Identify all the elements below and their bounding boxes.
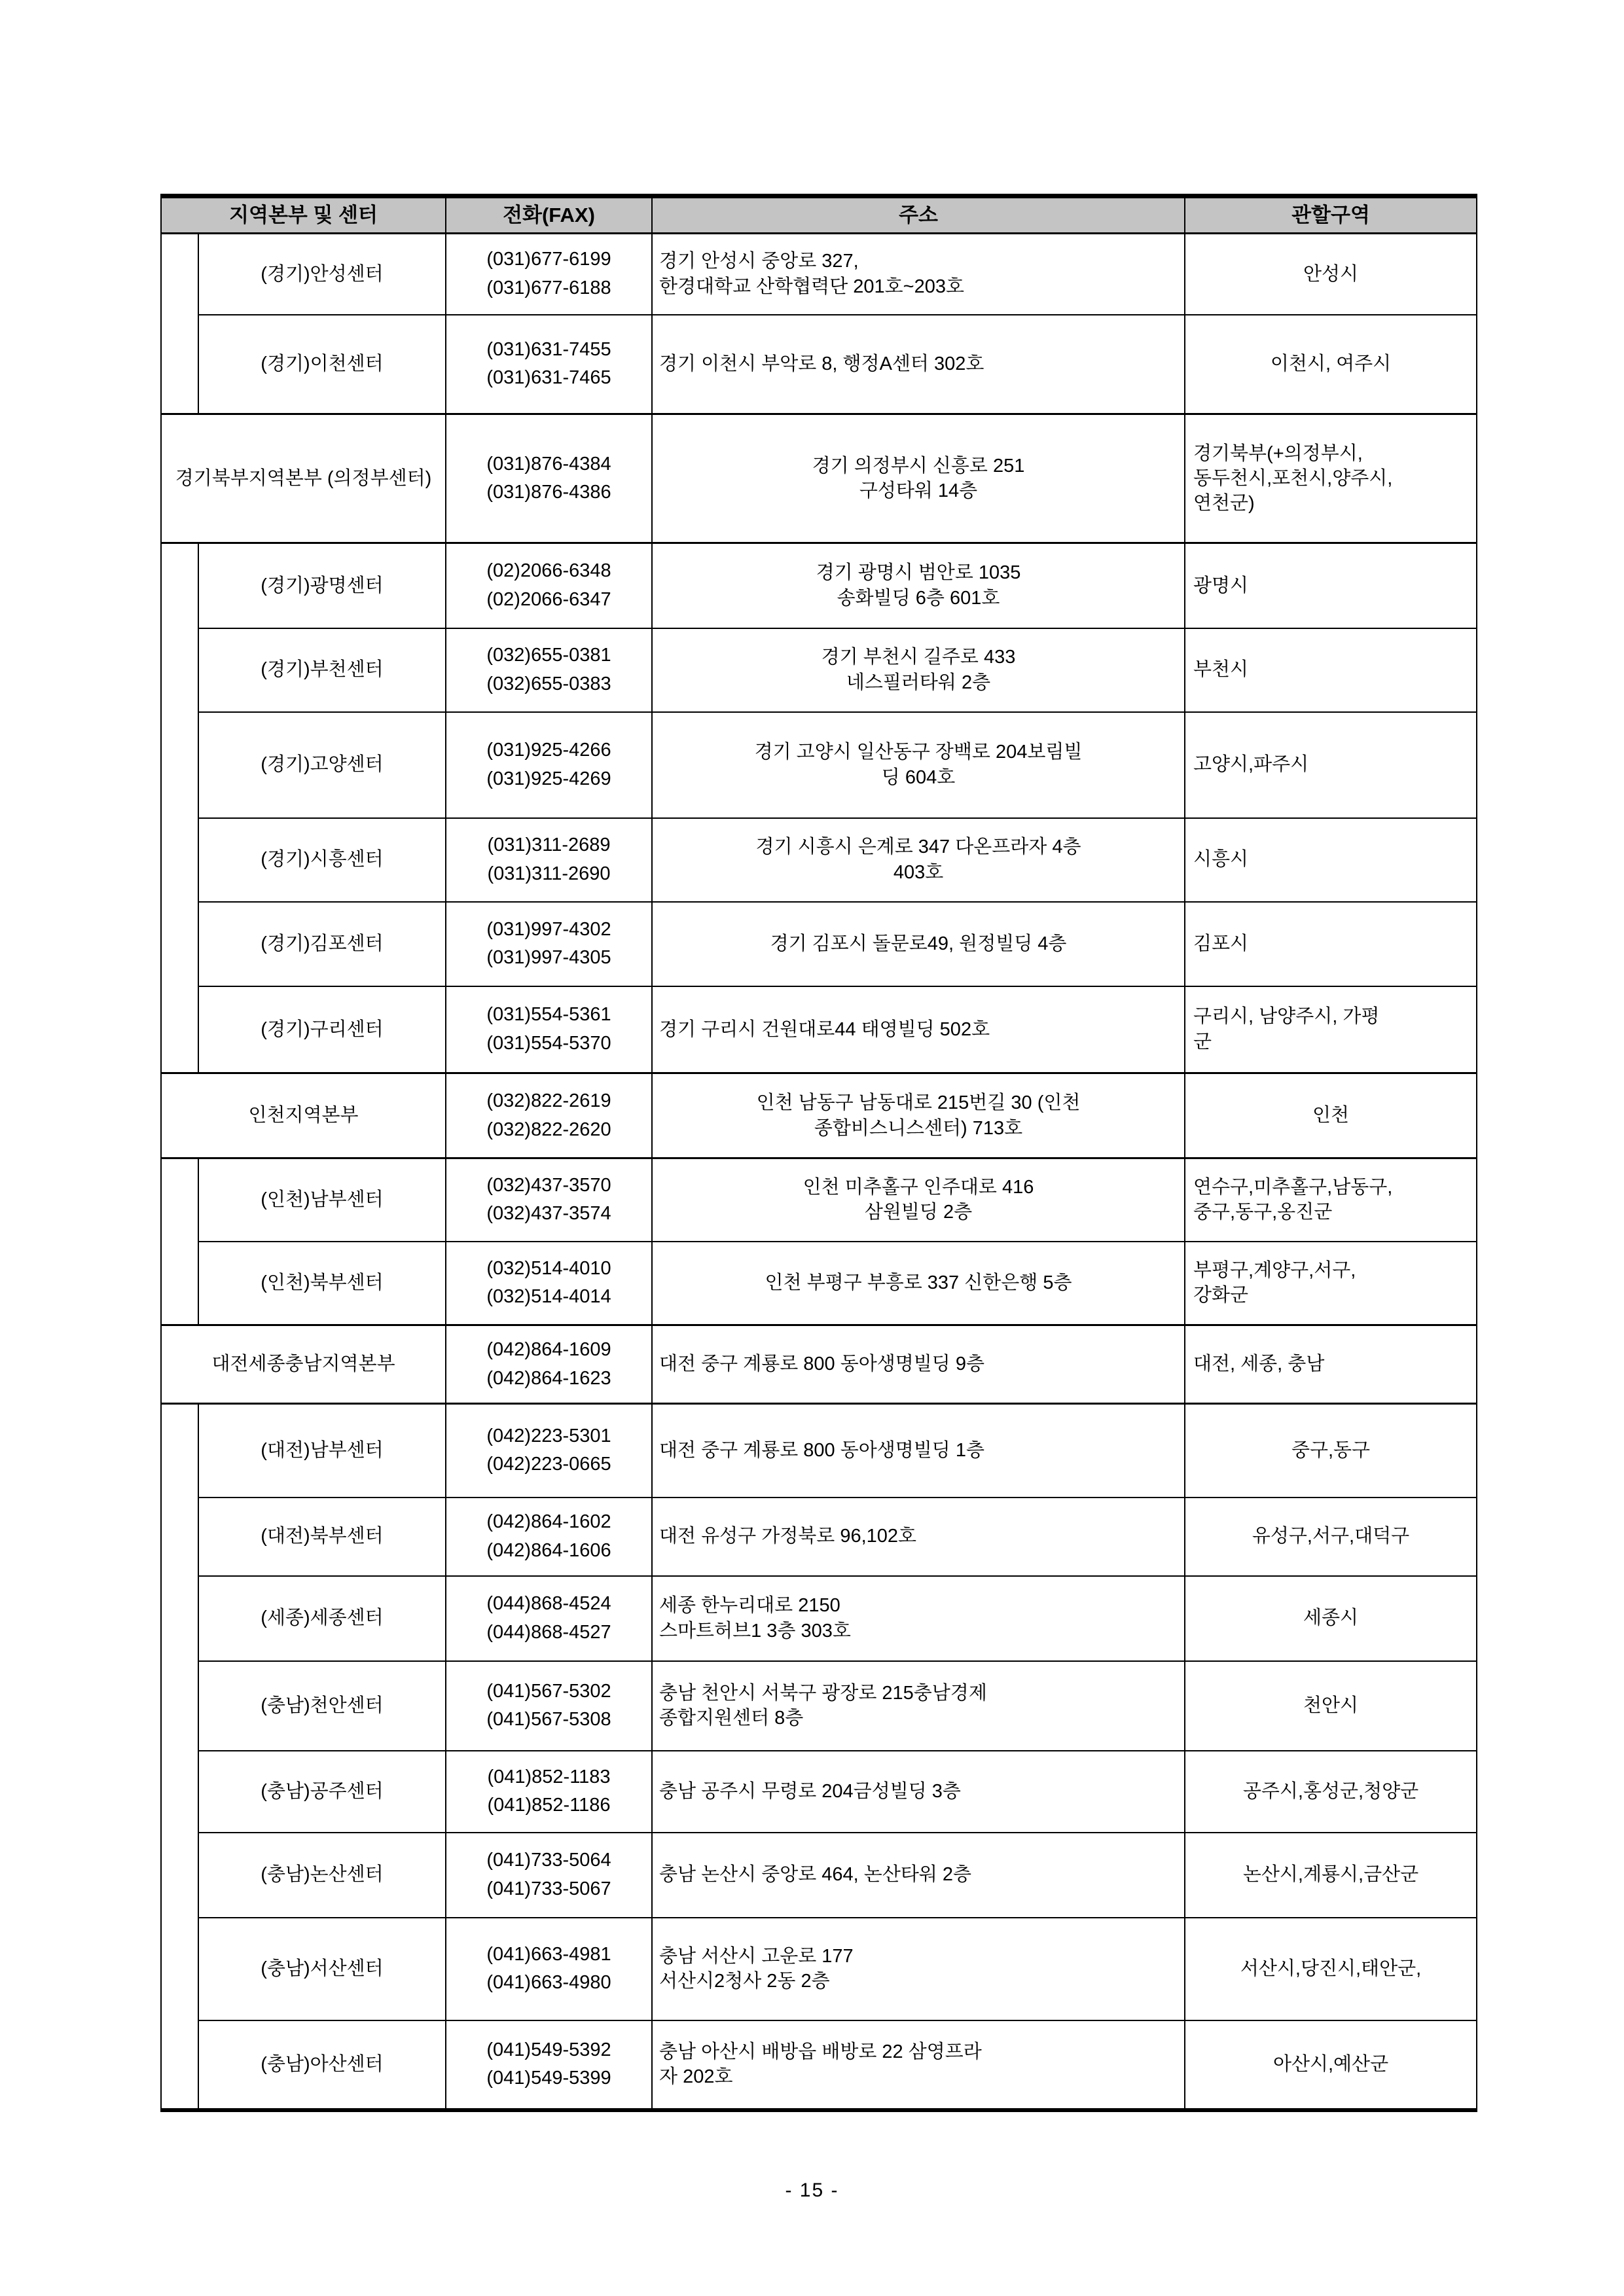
header-phone-column: 전화(FAX): [446, 196, 652, 234]
phone-fax-cell: (031)311-2689 (031)311-2690: [446, 818, 652, 902]
table-row: (대전)북부센터(042)864-1602 (042)864-1606대전 유성…: [161, 1498, 1477, 1576]
center-name-cell: (충남)아산센터: [198, 2020, 446, 2110]
jurisdiction-cell: 논산시,계룡시,금산군: [1185, 1833, 1477, 1918]
jurisdiction-cell: 아산시,예산군: [1185, 2020, 1477, 2110]
table-row: (경기)구리센터(031)554-5361 (031)554-5370경기 구리…: [161, 986, 1477, 1073]
address-cell: 경기 이천시 부악로 8, 행정A센터 302호: [652, 315, 1185, 414]
table-row: 인천지역본부(032)822-2619 (032)822-2620인천 남동구 …: [161, 1073, 1477, 1158]
jurisdiction-cell: 광명시: [1185, 543, 1477, 628]
jurisdiction-cell: 부평구,계양구,서구, 강화군: [1185, 1242, 1477, 1325]
header-row: 지역본부 및 센터 전화(FAX) 주소 관할구역: [161, 196, 1477, 234]
center-name-cell: (세종)세종센터: [198, 1576, 446, 1661]
jurisdiction-cell: 서산시,당진시,태안군,: [1185, 1918, 1477, 2020]
jurisdiction-cell: 이천시, 여주시: [1185, 315, 1477, 414]
table-row: (경기)광명센터(02)2066-6348 (02)2066-6347경기 광명…: [161, 543, 1477, 628]
table-row: (경기)안성센터(031)677-6199 (031)677-6188경기 안성…: [161, 234, 1477, 315]
hq-name-cell: 인천지역본부: [161, 1073, 446, 1158]
hq-name-cell: 경기북부지역본부 (의정부센터): [161, 414, 446, 543]
header-center-column: 지역본부 및 센터: [161, 196, 446, 234]
phone-fax-cell: (031)925-4266 (031)925-4269: [446, 712, 652, 818]
jurisdiction-cell: 시흥시: [1185, 818, 1477, 902]
center-name-cell: (인천)남부센터: [198, 1158, 446, 1242]
jurisdiction-cell: 세종시: [1185, 1576, 1477, 1661]
indent-strip: [161, 234, 198, 414]
jurisdiction-cell: 경기북부(+의정부시, 동두천시,포천시,양주시, 연천군): [1185, 414, 1477, 543]
center-name-cell: (경기)고양센터: [198, 712, 446, 818]
header-address-column: 주소: [652, 196, 1185, 234]
regional-office-table: 지역본부 및 센터 전화(FAX) 주소 관할구역 (경기)안성센터(031)6…: [160, 194, 1477, 2112]
address-cell: 경기 구리시 건원대로44 태영빌딩 502호: [652, 986, 1185, 1073]
address-cell: 인천 남동구 남동대로 215번길 30 (인천 종합비스니스센터) 713호: [652, 1073, 1185, 1158]
table-row: (충남)공주센터(041)852-1183 (041)852-1186충남 공주…: [161, 1751, 1477, 1833]
phone-fax-cell: (032)655-0381 (032)655-0383: [446, 628, 652, 712]
center-name-cell: (충남)논산센터: [198, 1833, 446, 1918]
address-cell: 충남 공주시 무령로 204금성빌딩 3층: [652, 1751, 1185, 1833]
phone-fax-cell: (041)852-1183 (041)852-1186: [446, 1751, 652, 1833]
center-name-cell: (대전)북부센터: [198, 1498, 446, 1576]
hq-name-cell: 대전세종충남지역본부: [161, 1325, 446, 1404]
table-row: (충남)논산센터(041)733-5064 (041)733-5067충남 논산…: [161, 1833, 1477, 1918]
jurisdiction-cell: 고양시,파주시: [1185, 712, 1477, 818]
phone-fax-cell: (041)663-4981 (041)663-4980: [446, 1918, 652, 2020]
phone-fax-cell: (042)223-5301 (042)223-0665: [446, 1404, 652, 1498]
phone-fax-cell: (042)864-1602 (042)864-1606: [446, 1498, 652, 1576]
regional-office-table-wrap: 지역본부 및 센터 전화(FAX) 주소 관할구역 (경기)안성센터(031)6…: [160, 194, 1476, 2112]
phone-fax-cell: (02)2066-6348 (02)2066-6347: [446, 543, 652, 628]
address-cell: 경기 시흥시 은계로 347 다온프라자 4층 403호: [652, 818, 1185, 902]
address-cell: 경기 의정부시 신흥로 251 구성타워 14층: [652, 414, 1185, 543]
phone-fax-cell: (044)868-4524 (044)868-4527: [446, 1576, 652, 1661]
indent-strip: [161, 1404, 198, 2110]
address-cell: 세종 한누리대로 2150 스마트허브1 3층 303호: [652, 1576, 1185, 1661]
table-row: (경기)이천센터(031)631-7455 (031)631-7465경기 이천…: [161, 315, 1477, 414]
jurisdiction-cell: 대전, 세종, 충남: [1185, 1325, 1477, 1404]
table-row: (인천)북부센터(032)514-4010 (032)514-4014인천 부평…: [161, 1242, 1477, 1325]
table-row: (경기)고양센터(031)925-4266 (031)925-4269경기 고양…: [161, 712, 1477, 818]
table-row: (경기)시흥센터(031)311-2689 (031)311-2690경기 시흥…: [161, 818, 1477, 902]
center-name-cell: (충남)공주센터: [198, 1751, 446, 1833]
phone-fax-cell: (031)876-4384 (031)876-4386: [446, 414, 652, 543]
address-cell: 충남 논산시 중앙로 464, 논산타워 2층: [652, 1833, 1185, 1918]
phone-fax-cell: (032)437-3570 (032)437-3574: [446, 1158, 652, 1242]
phone-fax-cell: (031)631-7455 (031)631-7465: [446, 315, 652, 414]
table-row: 경기북부지역본부 (의정부센터)(031)876-4384 (031)876-4…: [161, 414, 1477, 543]
phone-fax-cell: (031)997-4302 (031)997-4305: [446, 902, 652, 986]
center-name-cell: (인천)북부센터: [198, 1242, 446, 1325]
address-cell: 경기 안성시 중앙로 327, 한경대학교 산학협력단 201호~203호: [652, 234, 1185, 315]
address-cell: 대전 중구 계룡로 800 동아생명빌딩 1층: [652, 1404, 1185, 1498]
address-cell: 경기 부천시 길주로 433 네스필러타워 2층: [652, 628, 1185, 712]
center-name-cell: (경기)김포센터: [198, 902, 446, 986]
address-cell: 인천 미추홀구 인주대로 416 삼원빌딩 2층: [652, 1158, 1185, 1242]
table-row: (충남)서산센터(041)663-4981 (041)663-4980충남 서산…: [161, 1918, 1477, 2020]
address-cell: 충남 서산시 고운로 177 서산시2청사 2동 2층: [652, 1918, 1185, 2020]
center-name-cell: (경기)안성센터: [198, 234, 446, 315]
table-row: (경기)부천센터(032)655-0381 (032)655-0383경기 부천…: [161, 628, 1477, 712]
jurisdiction-cell: 안성시: [1185, 234, 1477, 315]
jurisdiction-cell: 구리시, 남양주시, 가평 군: [1185, 986, 1477, 1073]
center-name-cell: (경기)구리센터: [198, 986, 446, 1073]
table-row: (충남)천안센터(041)567-5302 (041)567-5308충남 천안…: [161, 1661, 1477, 1751]
phone-fax-cell: (032)822-2619 (032)822-2620: [446, 1073, 652, 1158]
phone-fax-cell: (041)549-5392 (041)549-5399: [446, 2020, 652, 2110]
table-row: (인천)남부센터(032)437-3570 (032)437-3574인천 미추…: [161, 1158, 1477, 1242]
center-name-cell: (경기)광명센터: [198, 543, 446, 628]
center-name-cell: (경기)부천센터: [198, 628, 446, 712]
address-cell: 경기 광명시 범안로 1035 송화빌딩 6층 601호: [652, 543, 1185, 628]
table-row: (충남)아산센터(041)549-5392 (041)549-5399충남 아산…: [161, 2020, 1477, 2110]
jurisdiction-cell: 김포시: [1185, 902, 1477, 986]
phone-fax-cell: (041)567-5302 (041)567-5308: [446, 1661, 652, 1751]
jurisdiction-cell: 연수구,미추홀구,남동구, 중구,동구,옹진군: [1185, 1158, 1477, 1242]
table-body: (경기)안성센터(031)677-6199 (031)677-6188경기 안성…: [161, 234, 1477, 2110]
center-name-cell: (충남)서산센터: [198, 1918, 446, 2020]
indent-strip: [161, 543, 198, 1073]
center-name-cell: (경기)이천센터: [198, 315, 446, 414]
address-cell: 대전 중구 계룡로 800 동아생명빌딩 9층: [652, 1325, 1185, 1404]
page-number: - 15 -: [0, 2179, 1624, 2202]
jurisdiction-cell: 부천시: [1185, 628, 1477, 712]
center-name-cell: (충남)천안센터: [198, 1661, 446, 1751]
table-row: (경기)김포센터(031)997-4302 (031)997-4305경기 김포…: [161, 902, 1477, 986]
table-row: (대전)남부센터(042)223-5301 (042)223-0665대전 중구…: [161, 1404, 1477, 1498]
address-cell: 대전 유성구 가정북로 96,102호: [652, 1498, 1185, 1576]
indent-strip: [161, 1158, 198, 1325]
phone-fax-cell: (032)514-4010 (032)514-4014: [446, 1242, 652, 1325]
address-cell: 경기 김포시 돌문로49, 원정빌딩 4층: [652, 902, 1185, 986]
phone-fax-cell: (031)554-5361 (031)554-5370: [446, 986, 652, 1073]
header-jurisdiction-column: 관할구역: [1185, 196, 1477, 234]
phone-fax-cell: (031)677-6199 (031)677-6188: [446, 234, 652, 315]
address-cell: 경기 고양시 일산동구 장백로 204보림빌 딩 604호: [652, 712, 1185, 818]
jurisdiction-cell: 인천: [1185, 1073, 1477, 1158]
center-name-cell: (대전)남부센터: [198, 1404, 446, 1498]
address-cell: 충남 천안시 서북구 광장로 215충남경제 종합지원센터 8층: [652, 1661, 1185, 1751]
address-cell: 충남 아산시 배방읍 배방로 22 삼영프라 자 202호: [652, 2020, 1185, 2110]
phone-fax-cell: (042)864-1609 (042)864-1623: [446, 1325, 652, 1404]
table-row: (세종)세종센터(044)868-4524 (044)868-4527세종 한누…: [161, 1576, 1477, 1661]
jurisdiction-cell: 유성구,서구,대덕구: [1185, 1498, 1477, 1576]
address-cell: 인천 부평구 부흥로 337 신한은행 5층: [652, 1242, 1185, 1325]
center-name-cell: (경기)시흥센터: [198, 818, 446, 902]
jurisdiction-cell: 중구,동구: [1185, 1404, 1477, 1498]
table-row: 대전세종충남지역본부(042)864-1609 (042)864-1623대전 …: [161, 1325, 1477, 1404]
jurisdiction-cell: 천안시: [1185, 1661, 1477, 1751]
phone-fax-cell: (041)733-5064 (041)733-5067: [446, 1833, 652, 1918]
jurisdiction-cell: 공주시,홍성군,청양군: [1185, 1751, 1477, 1833]
